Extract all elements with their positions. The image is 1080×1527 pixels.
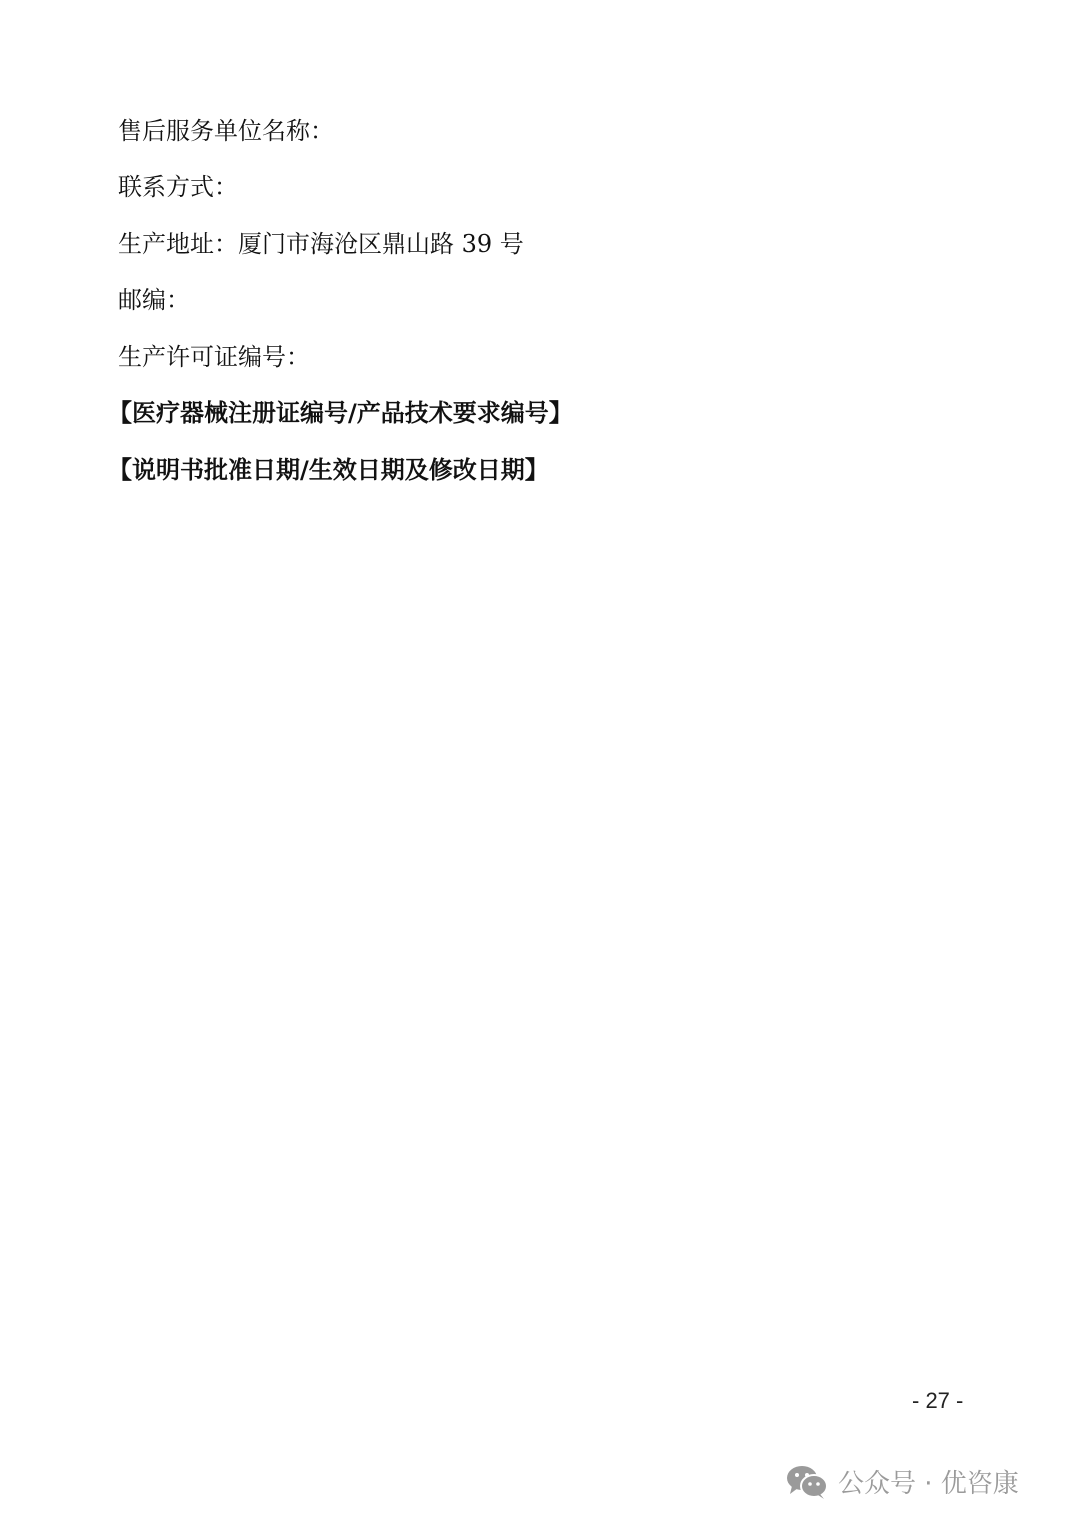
postal-code: 邮编： <box>118 285 190 315</box>
page-number: - 27 - <box>912 1388 963 1414</box>
watermark-text: 公众号 · 优咨康 <box>838 1463 1019 1500</box>
wechat-icon <box>786 1464 828 1500</box>
registration-number-heading: 【医疗器械注册证编号/产品技术要求编号】 <box>108 398 573 428</box>
approval-date-heading: 【说明书批准日期/生效日期及修改日期】 <box>108 455 549 485</box>
watermark: 公众号 · 优咨康 <box>786 1463 1019 1500</box>
after-sales-unit-name: 售后服务单位名称： <box>118 116 334 146</box>
production-license-number: 生产许可证编号： <box>118 342 310 372</box>
production-address: 生产地址：厦门市海沧区鼎山路 39 号 <box>118 229 524 259</box>
contact-info: 联系方式： <box>118 172 238 202</box>
